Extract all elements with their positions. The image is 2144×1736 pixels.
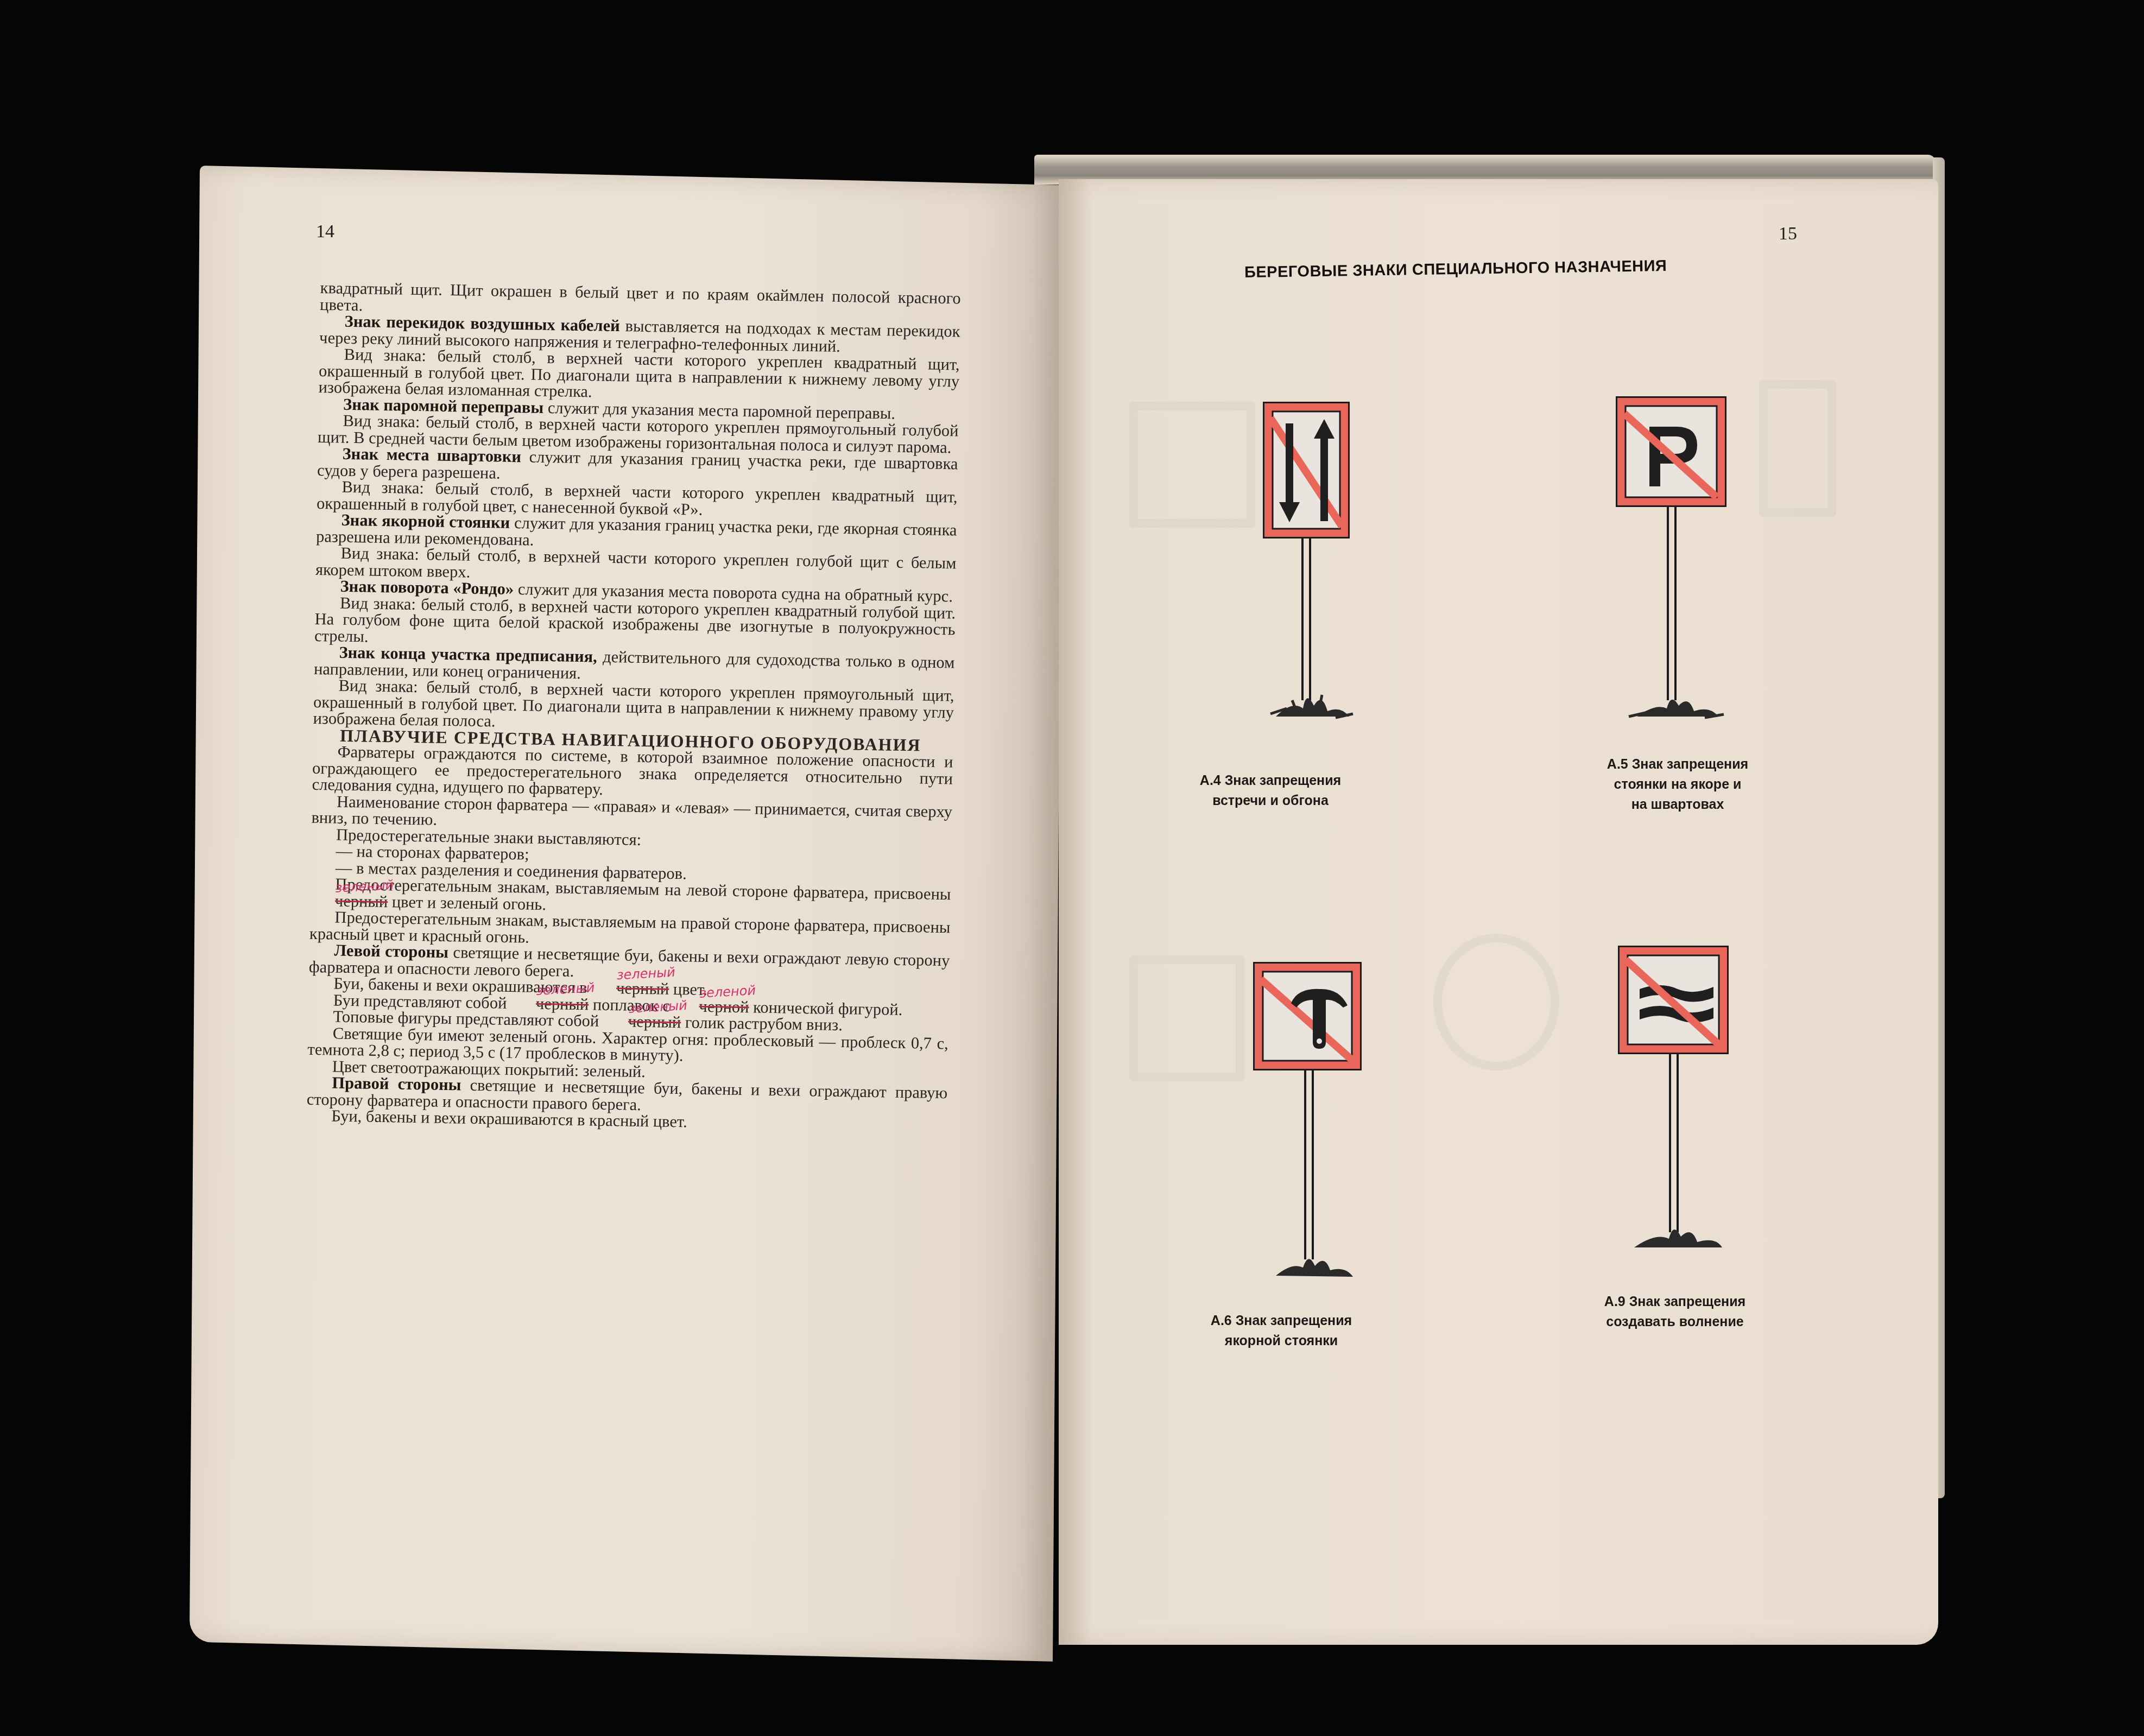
letter-p-icon <box>1574 391 1770 738</box>
caption-line: А.5 Знак запрещения <box>1580 755 1775 775</box>
caption-line: А.4 Знак запрещения <box>1173 771 1368 791</box>
show-through-mark <box>1759 380 1836 517</box>
waves-icon <box>1580 939 1775 1287</box>
caption-line: стоянки на якоре и <box>1580 775 1775 795</box>
sign-a9 <box>1580 939 1775 1287</box>
handwritten-correction: зеленыйчерный <box>511 995 589 1013</box>
caption-a4: А.4 Знак запрещения встречи и обгона <box>1173 771 1368 811</box>
caption-line: на швартовах <box>1580 795 1775 815</box>
caption-a6: А.6 Знак запрещения якорной стоянки <box>1184 1311 1379 1351</box>
two-opposite-arrows-icon <box>1211 396 1406 744</box>
open-book: 14 квадратный щит. Щит окрашен в белый ц… <box>0 0 2144 1736</box>
handwritten-correction: зеленыйчерный <box>603 1013 681 1031</box>
caption-line: А.6 Знак запрещения <box>1184 1311 1379 1331</box>
handwritten-correction: зеленыйчерный <box>310 892 388 910</box>
caption-line: создавать волнение <box>1577 1312 1773 1332</box>
anchor-icon <box>1211 955 1406 1303</box>
caption-a5: А.5 Знак запрещения стоянки на якоре и н… <box>1580 755 1775 815</box>
sign-a4 <box>1211 396 1406 744</box>
sign-a5 <box>1574 391 1770 738</box>
show-through-mark <box>1433 934 1559 1070</box>
caption-line: встречи и обгона <box>1173 791 1368 811</box>
left-page-body: квадратный щит. Щит окрашен в белый цвет… <box>306 280 961 1135</box>
caption-a9: А.9 Знак запрещения создавать волнение <box>1577 1292 1773 1332</box>
handwritten-correction: зеленыйчерный <box>591 979 669 997</box>
caption-line: якорной стоянки <box>1184 1331 1379 1351</box>
left-page-number: 14 <box>316 221 334 242</box>
sign-a6 <box>1211 955 1406 1303</box>
caption-line: А.9 Знак запрещения <box>1577 1292 1773 1312</box>
right-page-number: 15 <box>1779 224 1797 244</box>
